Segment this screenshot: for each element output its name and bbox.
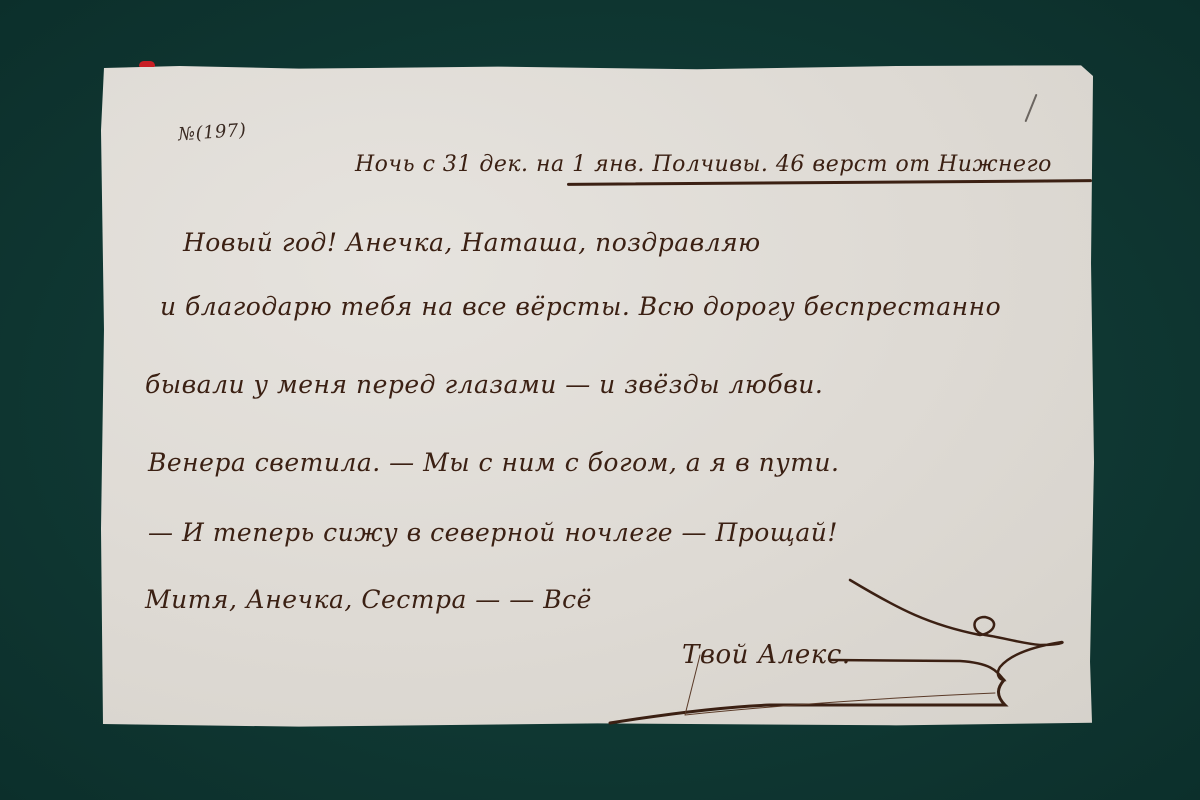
letter-line-1: Новый год! Анечка, Наташа, поздравляю xyxy=(183,228,761,257)
signature-flourish xyxy=(600,575,1080,725)
letter-line-3: бывали у меня перед глазами — и звёзды л… xyxy=(145,370,823,399)
red-seal-mark xyxy=(139,61,155,67)
letter-line-2: и благодарю тебя на все вёрсты. Всю доро… xyxy=(160,292,1001,321)
letter-header: Ночь с 31 дек. на 1 янв. Полчивы. 46 вер… xyxy=(355,152,1052,177)
letter-line-4: Венера светила. — Мы с ним с богом, а я … xyxy=(148,448,839,477)
letter-line-5: — И теперь сижу в северной ночлеге — Про… xyxy=(148,518,838,547)
letter-line-6: Митя, Анечка, Сестра — — Всё xyxy=(145,585,592,614)
